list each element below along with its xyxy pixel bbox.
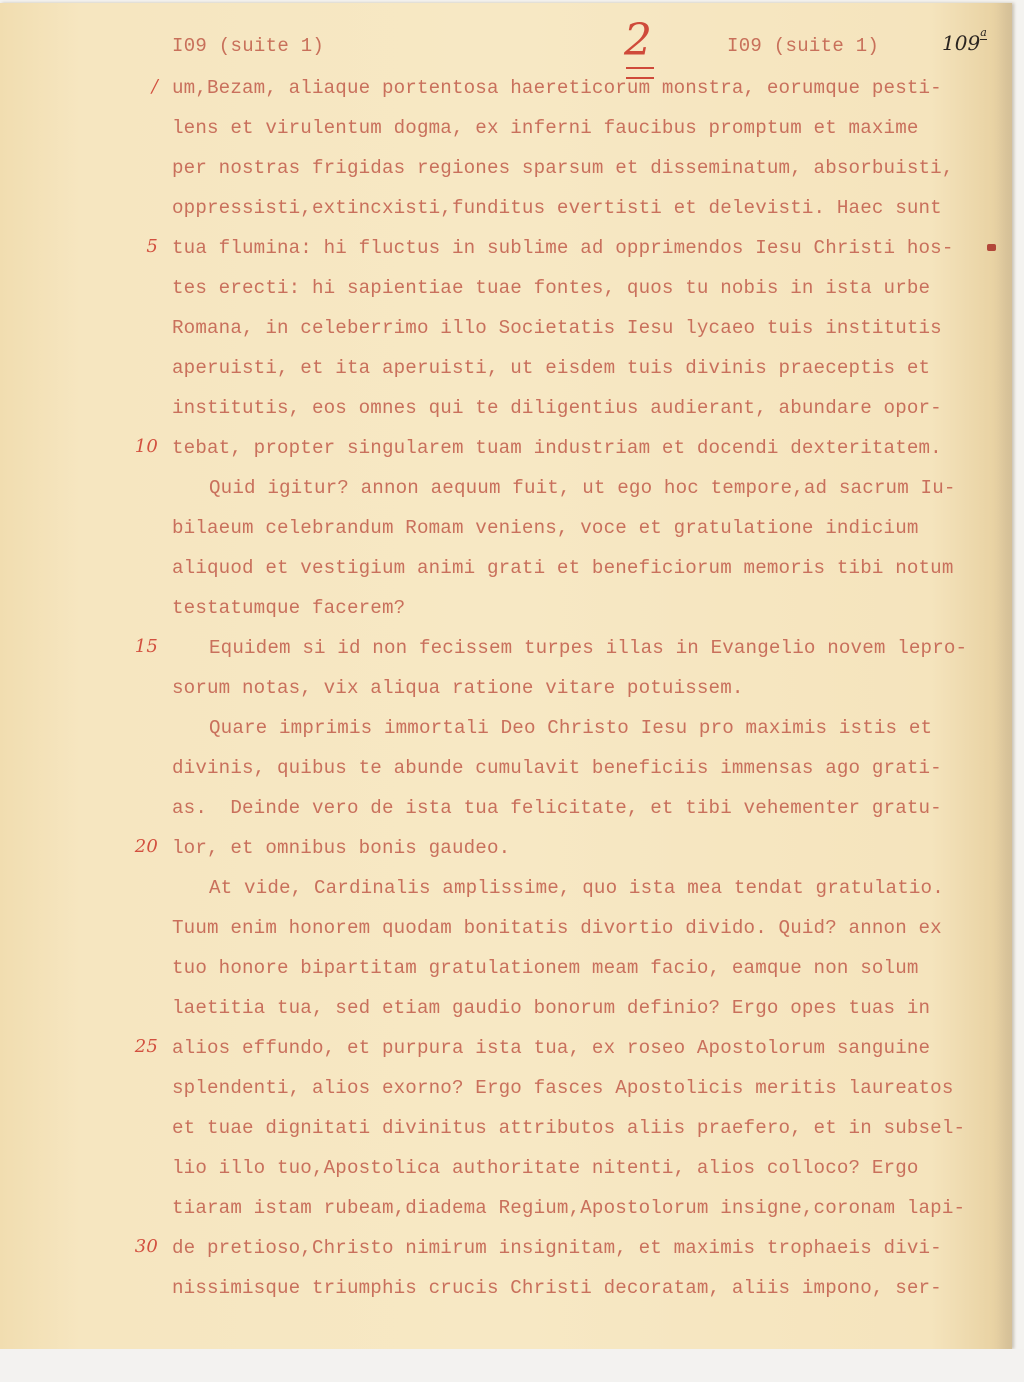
text-line: tes erecti: hi sapientiae tuae fontes, q… (172, 275, 1002, 315)
folio-number: 109a (942, 31, 987, 55)
page-header-left: I09 (suite 1) (172, 35, 324, 57)
text-line: bilaeum celebrandum Romam veniens, voce … (172, 515, 1002, 555)
text-line: divinis, quibus te abunde cumulavit bene… (172, 755, 1002, 795)
line-text: institutis, eos omnes qui te diligentius… (172, 397, 942, 419)
text-line: nissimisque triumphis crucis Christi dec… (172, 1275, 1002, 1315)
line-text: testatumque facerem? (172, 597, 405, 619)
text-line: Romana, in celeberrimo illo Societatis I… (172, 315, 1002, 355)
text-line: Quare imprimis immortali Deo Christo Ies… (172, 715, 1002, 755)
text-line: At vide, Cardinalis amplissime, quo ista… (172, 875, 1002, 915)
margin-line-number: 15 (110, 634, 158, 660)
text-line: lio illo tuo,Apostolica authoritate nite… (172, 1155, 1002, 1195)
text-line: tiaram istam rubeam,diadema Regium,Apost… (172, 1195, 1002, 1235)
center-mark-digit: 2 (624, 15, 652, 66)
line-text: tuo honore bipartitam gratulationem meam… (172, 957, 919, 979)
line-text: alios effundo, et purpura ista tua, ex r… (172, 1037, 930, 1059)
scan-bottom-margin (0, 1349, 1024, 1382)
line-text: divinis, quibus te abunde cumulavit bene… (172, 757, 942, 779)
line-text: laetitia tua, sed etiam gaudio bonorum d… (172, 997, 930, 1019)
line-text: lio illo tuo,Apostolica authoritate nite… (172, 1157, 919, 1179)
line-text: tebat, propter singularem tuam industria… (172, 437, 942, 459)
text-line: sorum notas, vix aliqua ratione vitare p… (172, 675, 1002, 715)
line-text: splendenti, alios exorno? Ergo fasces Ap… (172, 1077, 954, 1099)
line-text: Tuum enim honorem quodam bonitatis divor… (172, 917, 942, 939)
margin-line-number: 30 (110, 1234, 158, 1260)
handwritten-page-number: 2 (618, 21, 658, 73)
text-line: Tuum enim honorem quodam bonitatis divor… (172, 915, 1002, 955)
text-line: aliquod et vestigium animi grati et bene… (172, 555, 1002, 595)
text-line: splendenti, alios exorno? Ergo fasces Ap… (172, 1075, 1002, 1115)
text-line: tuo honore bipartitam gratulationem meam… (172, 955, 1002, 995)
line-text: tiaram istam rubeam,diadema Regium,Apost… (172, 1197, 965, 1219)
text-line: 10tebat, propter singularem tuam industr… (172, 435, 1002, 475)
text-line: 30de pretioso,Christo nimirum insignitam… (172, 1235, 1002, 1275)
line-text: sorum notas, vix aliqua ratione vitare p… (172, 677, 744, 699)
line-text: nissimisque triumphis crucis Christi dec… (172, 1277, 942, 1299)
page-header-right: I09 (suite 1) (727, 35, 879, 57)
text-line: 25alios effundo, et purpura ista tua, ex… (172, 1035, 1002, 1075)
text-line: institutis, eos omnes qui te diligentius… (172, 395, 1002, 435)
line-text: per nostras frigidas regiones sparsum et… (172, 157, 954, 179)
text-line: as. Deinde vero de ista tua felicitate, … (172, 795, 1002, 835)
text-line: /um,Bezam, aliaque portentosa haereticor… (172, 75, 1002, 115)
text-line: lens et virulentum dogma, ex inferni fau… (172, 115, 1002, 155)
text-line: 5tua flumina: hi fluctus in sublime ad o… (172, 235, 1002, 275)
text-line: laetitia tua, sed etiam gaudio bonorum d… (172, 995, 1002, 1035)
text-line: 15Equidem si id non fecissem turpes illa… (172, 635, 1002, 675)
line-text: aperuisti, et ita aperuisti, ut eisdem t… (172, 357, 930, 379)
text-line: oppressisti,extincxisti,funditus evertis… (172, 195, 1002, 235)
line-text: Quare imprimis immortali Deo Christo Ies… (209, 717, 932, 739)
margin-line-number: / (110, 74, 158, 100)
line-text: bilaeum celebrandum Romam veniens, voce … (172, 517, 919, 539)
text-line: testatumque facerem? (172, 595, 1002, 635)
folio-number-sup: a (980, 26, 987, 40)
text-line: 20lor, et omnibus bonis gaudeo. (172, 835, 1002, 875)
ink-blot (987, 244, 996, 251)
line-text: aliquod et vestigium animi grati et bene… (172, 557, 954, 579)
line-text: de pretioso,Christo nimirum insignitam, … (172, 1237, 942, 1259)
line-text: Quid igitur? annon aequum fuit, ut ego h… (209, 477, 956, 499)
text-line: Quid igitur? annon aequum fuit, ut ego h… (172, 475, 1002, 515)
line-text: At vide, Cardinalis amplissime, quo ista… (209, 877, 944, 899)
line-text: et tuae dignitati divinitus attributos a… (172, 1117, 965, 1139)
text-line: per nostras frigidas regiones sparsum et… (172, 155, 1002, 195)
line-text: Romana, in celeberrimo illo Societatis I… (172, 317, 942, 339)
text-line: et tuae dignitati divinitus attributos a… (172, 1115, 1002, 1155)
margin-line-number: 10 (110, 434, 158, 460)
text-line: aperuisti, et ita aperuisti, ut eisdem t… (172, 355, 1002, 395)
line-text: tes erecti: hi sapientiae tuae fontes, q… (172, 277, 930, 299)
margin-line-number: 25 (110, 1034, 158, 1060)
line-text: um,Bezam, aliaque portentosa haereticoru… (172, 77, 942, 99)
manuscript-page: I09 (suite 1) 2 I09 (suite 1) 109a /um,B… (0, 3, 1012, 1349)
margin-line-number: 20 (110, 834, 158, 860)
line-text: lens et virulentum dogma, ex inferni fau… (172, 117, 919, 139)
margin-line-number: 5 (110, 234, 158, 260)
line-text: lor, et omnibus bonis gaudeo. (172, 837, 510, 859)
line-text: Equidem si id non fecissem turpes illas … (209, 637, 967, 659)
line-text: oppressisti,extincxisti,funditus evertis… (172, 197, 942, 219)
folio-number-main: 109 (942, 31, 980, 55)
line-text: as. Deinde vero de ista tua felicitate, … (172, 797, 942, 819)
line-text: tua flumina: hi fluctus in sublime ad op… (172, 237, 954, 259)
typed-text-body: /um,Bezam, aliaque portentosa haereticor… (172, 75, 1002, 1315)
